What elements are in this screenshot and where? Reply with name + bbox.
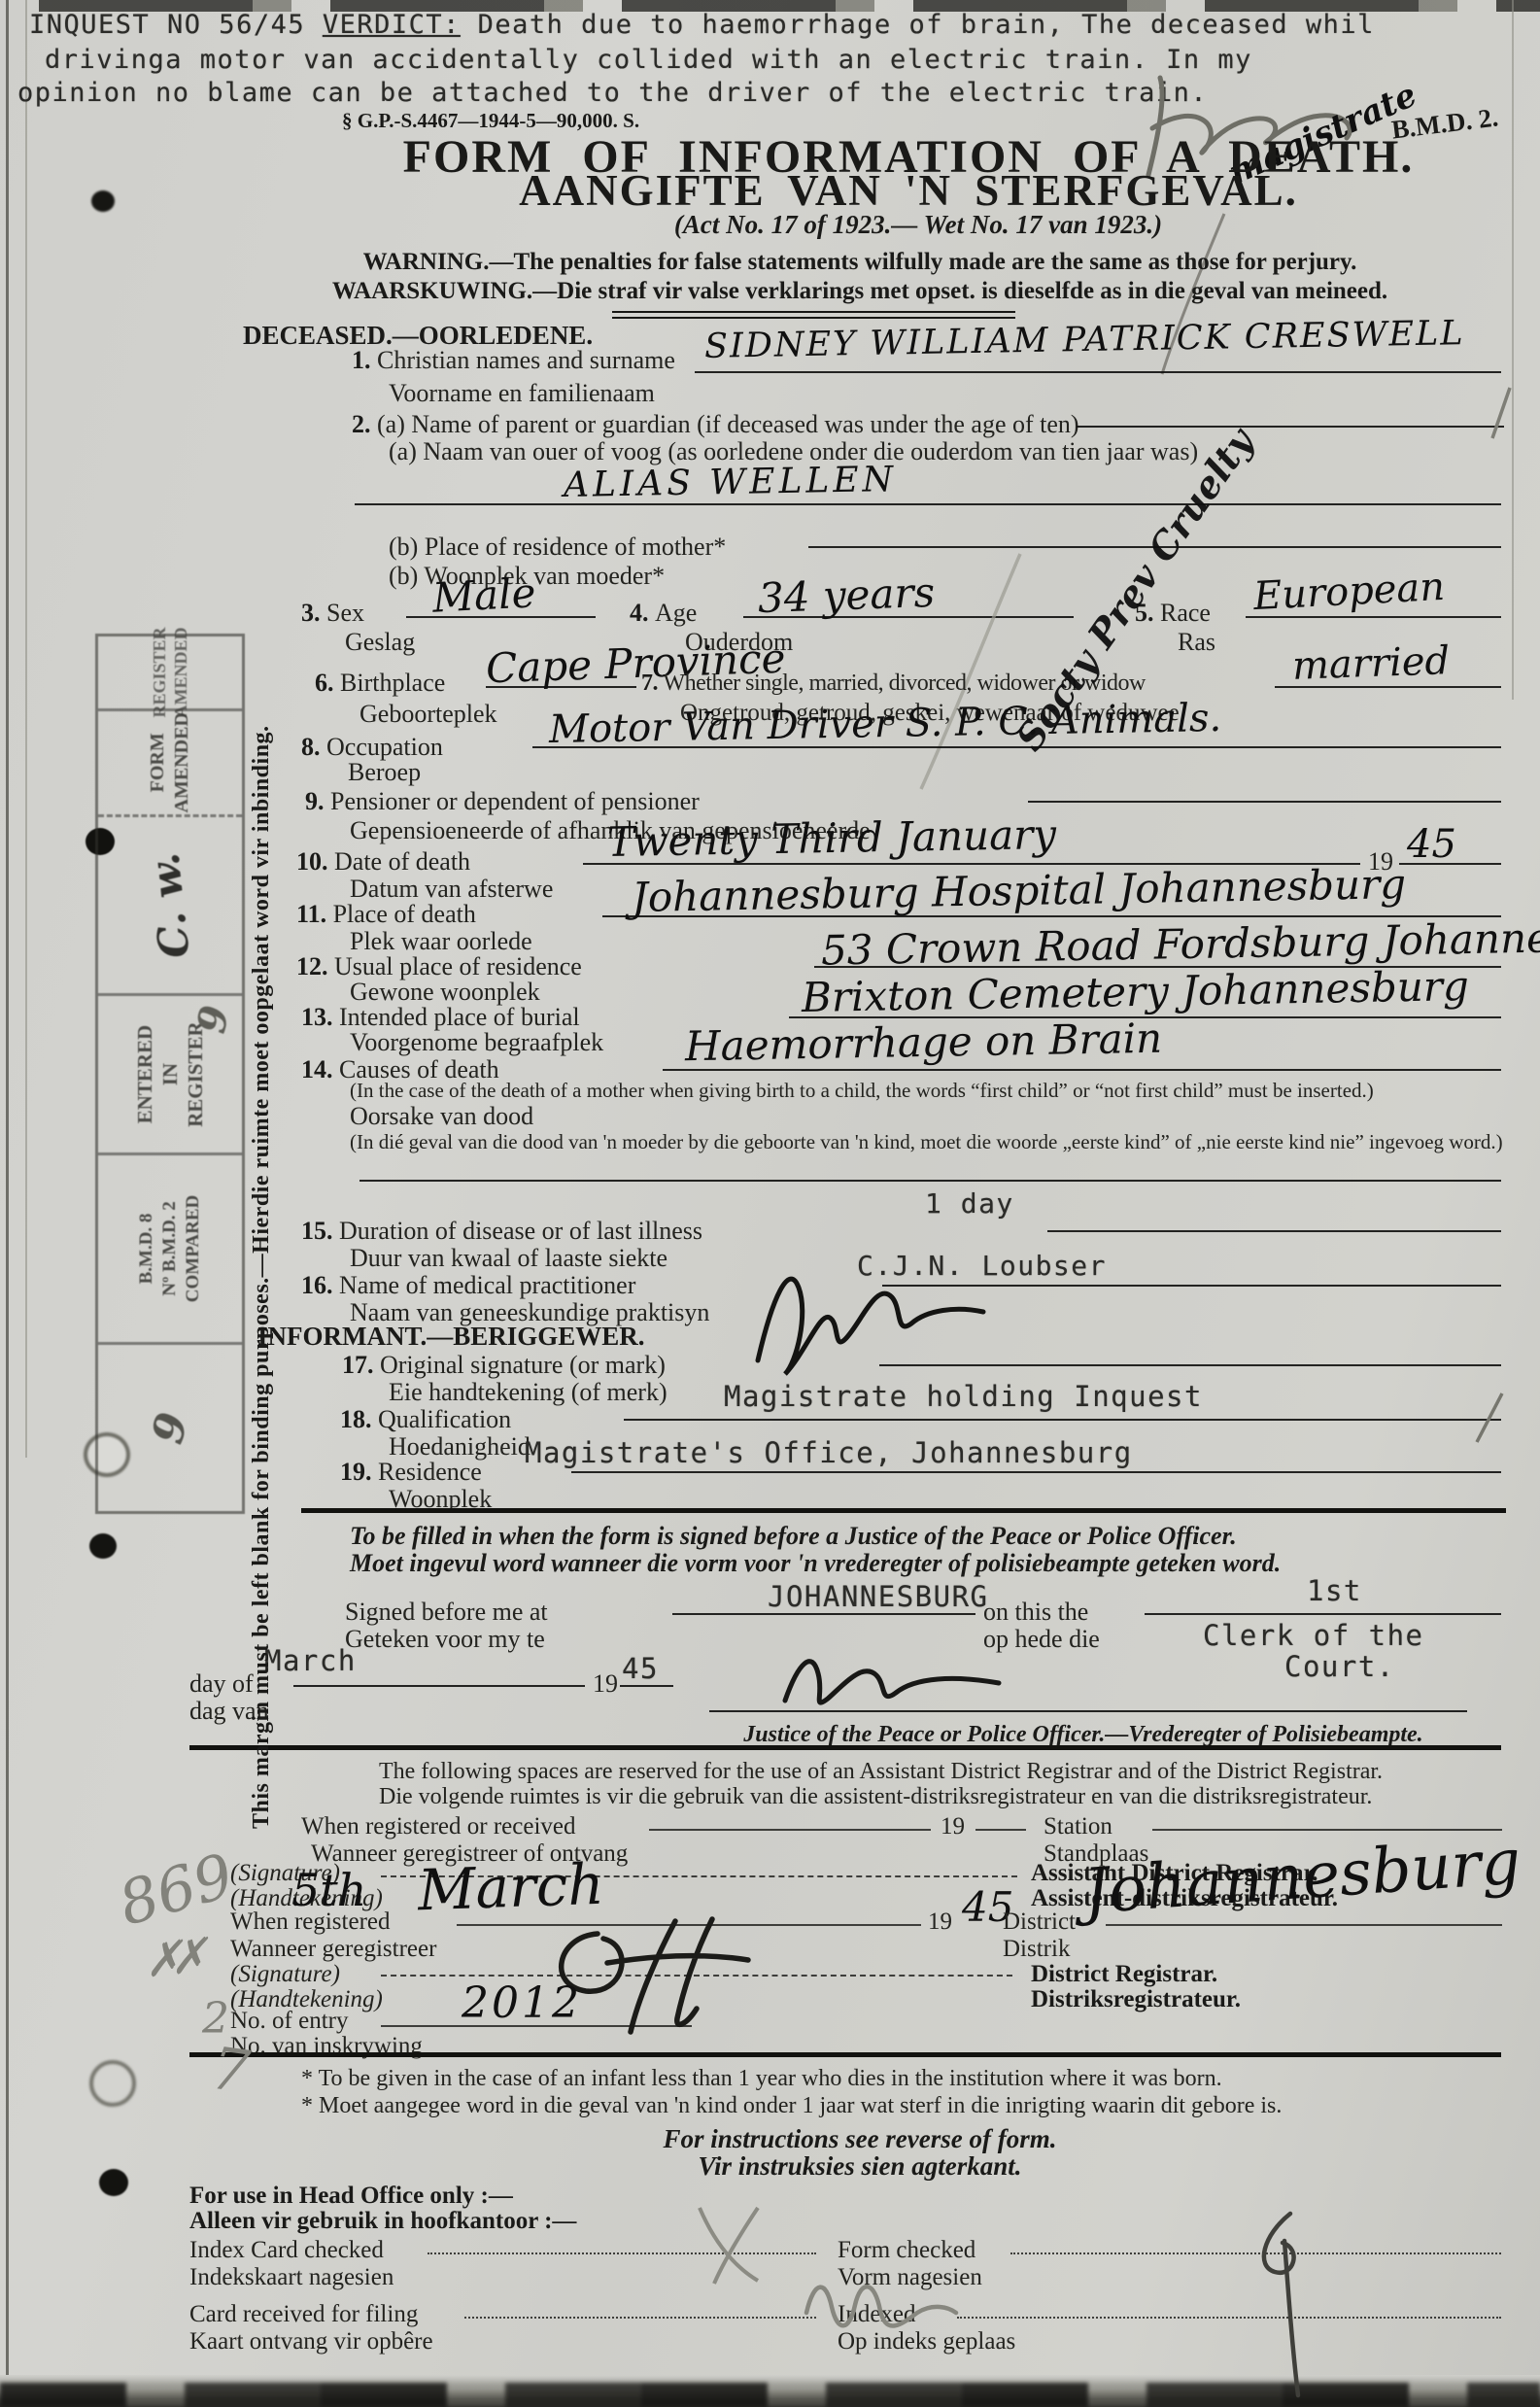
field9-line [1028,801,1501,803]
head-office-af: Alleen vir gebruik in hoofkantoor :— [189,2208,576,2235]
field9-label: 9. Pensioner or dependent of pensioner [305,787,700,816]
field14-note-en: (In the case of the death of a mother wh… [350,1079,1374,1103]
inquest-verdict-line2: drivinga motor van accidentally collided… [45,45,1252,75]
pencil-slash-mark [1469,1390,1508,1448]
jp-on-this-en: on this the [983,1598,1088,1627]
stamp-cell-form-amended: FORM AMENDED [98,708,242,814]
field10-year-line [1399,863,1501,865]
district-label-af: Distrik [1003,1936,1070,1963]
when-received-label: When registered or received [301,1813,575,1840]
verdict-label: VERDICT: [323,10,461,40]
jp-day-of-en: day of [189,1669,254,1699]
pencil-check-scrawl-1 [680,2198,806,2286]
field2b-label: (b) Place of residence of mother* [389,533,726,562]
when-received-year: 19 [941,1813,965,1840]
field13-label-af: Voorgenome begraafplek [350,1028,603,1057]
warning-af: WAARSKUWING.—Die straf vir valse verklar… [233,278,1487,305]
field1-label: 1. Christian names and surname [352,346,675,375]
check2-en: Form checked [838,2237,975,2264]
field14-value: Haemorrhage on Brain [685,1014,1163,1071]
field17-line [879,1364,1501,1366]
field16-label: 16. Name of medical practitioner [301,1271,635,1300]
district-label: District [1003,1908,1076,1936]
informant-signature-scrawl [719,1254,1030,1380]
jp-month-value: March [264,1644,357,1677]
check3-line [464,2317,816,2319]
warning-divider [612,311,1015,319]
field19-line [571,1471,1501,1473]
field18-label: 18. Qualification [340,1405,511,1434]
instructions-en: For instructions see reverse of form. [233,2124,1487,2154]
jp-signer-line1: Clerk of the [1203,1619,1424,1652]
stamp-cell-initials: C. w. [98,814,242,993]
signature2-line [381,1975,1012,1977]
district-line [1106,1924,1502,1926]
field15-line [1047,1230,1501,1232]
field18-value: Magistrate holding Inquest [724,1380,1203,1413]
when-received-year-line [975,1829,1026,1831]
punch-hole [99,2169,128,2196]
informant-heading: INFORMANT.—BERIGGEWER. [257,1322,645,1352]
jp-signed-before-en: Signed before me at [345,1598,548,1627]
field3-value: Male [431,568,537,621]
field10-value: Twenty Third January [607,810,1057,866]
act-reference: (Act No. 17 of 1923.— Wet No. 17 van 192… [291,210,1540,240]
footer-note-en: * To be given in the case of an infant l… [301,2066,1222,2092]
punch-hole [91,190,115,212]
form-title-af: AANGIFTE VAN 'N STERFGEVAL. [282,165,1535,216]
pencil-number-869: 869 [111,1840,241,1940]
field7-value: married [1291,638,1451,689]
registrar-note-en: The following spaces are reserved for th… [379,1759,1383,1785]
warning-en: WARNING.—The penalties for false stateme… [233,249,1487,276]
dr-label-af: Distriksregistrateur. [1031,1986,1241,2013]
pencil-cross-marks: ✗✗ [141,1929,197,1988]
field14-note-af: (In dié geval van die dood van 'n moeder… [350,1129,1506,1154]
field17-label-af: Eie handtekening (of merk) [389,1378,667,1407]
field1-line [695,371,1501,373]
stamp-pencil-mark: 9 [141,1407,200,1449]
check3-af: Kaart ontvang vir opbêre [189,2328,433,2355]
margin-binding-text: This margin must be left blank for bindi… [249,595,275,1829]
field14-line [663,1069,1501,1071]
field18-line [624,1419,1501,1421]
check3-en: Card received for filing [189,2301,418,2328]
when-received-line [649,1829,931,1831]
field2a-value: ALIAS WELLEN [564,460,898,505]
punch-hole-ring [89,2060,136,2107]
field19-label: 19. Residence [340,1458,482,1487]
field10-label: 10. Date of death [296,847,470,877]
section-rule [301,1508,1506,1513]
scanned-death-form-page: INQUEST NO 56/45 VERDICT: Death due to h… [0,0,1540,2407]
field14-label-af: Oorsake van dood [350,1102,533,1131]
field1-label-af: Voorname en familienaam [389,379,655,408]
scan-left-edge-line2 [25,0,27,1458]
jp-year-print: 19 [593,1669,618,1699]
field3-label-af: Geslag [345,628,415,657]
pencil-number-7: 7 [207,2035,254,2108]
jp-signed-before-af: Geteken voor my te [345,1625,545,1654]
inquest-verdict-line3: opinion no blame can be attached to the … [17,78,1208,108]
stamp-cell-entered-in-register: ENTERED IN REGISTER 9 [98,993,242,1152]
when-registered-year: 19 [928,1908,952,1936]
field11-value: Johannesburg Hospital Johannesburg [632,860,1407,921]
field8-label-af: Beroep [348,758,421,787]
scan-right-edge-line [1512,0,1514,700]
field15-label: 15. Duration of disease or of last illne… [301,1217,702,1246]
section-rule [189,2052,1501,2057]
stamp-cell-register-amended: REGISTER AMENDED [98,636,242,708]
jp-place-line [672,1613,975,1615]
field8-line [532,746,1501,748]
jp-note-af: Moet ingevul word wanneer die vorm voor … [350,1549,1281,1578]
head-office-en: For use in Head Office only :— [189,2183,513,2210]
jp-signer-line2: Court. [1284,1650,1395,1683]
field17-label: 17. Original signature (or mark) [342,1351,666,1380]
entry-value: 2012 [462,1978,582,2028]
jp-month-line [293,1685,585,1687]
signature2-label: (Signature) [230,1961,340,1988]
field5-value: European [1252,565,1446,619]
field15-label-af: Duur van kwaal of laaste siekte [350,1244,667,1273]
field5-line [1246,616,1501,618]
jp-place-value: JOHANNESBURG [768,1580,989,1613]
jp-day-value: 1st [1307,1574,1362,1607]
when-registered-label-af: Wanneer geregistreer [230,1936,436,1963]
jp-day-line [1145,1613,1501,1615]
field3-label: 3. Sex [301,599,364,628]
field6-line [486,686,636,688]
punch-hole [89,1533,117,1559]
entry-label: No. of entry [230,2008,349,2035]
dr-label: District Registrar. [1031,1961,1217,1988]
field1-value: SIDNEY WILLIAM PATRICK CRESWELL [704,314,1465,366]
pencil-check-scrawl-2 [797,2264,962,2342]
field6-label-af: Geboorteplek [359,700,497,729]
stamp-cell-inspected: 9 [98,1342,242,1511]
jp-signature-scrawl [768,1631,1020,1718]
field6-label: 6. Birthplace [315,669,445,698]
field19-value: Magistrate's Office, Johannesburg [525,1436,1133,1469]
jp-year-line [620,1685,673,1687]
inquest-verdict-line1: INQUEST NO 56/45 VERDICT: Death due to h… [29,10,1375,40]
check1-en: Index Card checked [189,2237,384,2264]
field5-label-af: Ras [1178,628,1215,657]
field4-label: 4. Age [630,599,697,628]
field8-value: Motor Van Driver S. P. C. Animals. [549,696,1222,752]
when-registered-day: 5th [291,1864,366,1916]
registrar-note-af: Die volgende ruimtes is vir die gebruik … [379,1784,1372,1810]
stamp-initials: C. w. [139,850,201,960]
jp-note-en: To be filled in when the form is signed … [350,1522,1237,1551]
check1-af: Indekskaart nagesien [189,2264,394,2291]
instructions-af: Vir instruksies sien agterkant. [233,2151,1487,2182]
footer-note-af: * Moet aangegee word in die geval van 'n… [301,2093,1282,2119]
field10-year-value: 45 [1407,822,1456,867]
field11-label: 11. Place of death [296,900,476,929]
field15-value: 1 day [925,1187,1014,1220]
spacer-line [359,1180,1501,1182]
entry-line [381,2025,692,2027]
inquest-number: INQUEST NO 56/45 [29,10,323,40]
jp-year-value: 45 [622,1652,659,1685]
field2a-value-line [355,503,1501,505]
field2a-line [1077,426,1504,428]
field3-line [406,616,596,618]
check4-line [957,2317,1501,2319]
section-rule [189,1745,1501,1750]
stamp-cell-bmd: B.M.D. 8 Nº B.M.D. 2 COMPARED [98,1152,242,1341]
field7-line [1275,686,1501,688]
jp-officer-caption: Justice of the Peace or Police Officer.—… [700,1722,1467,1748]
pencil-slash-mark [1487,384,1516,442]
field2a-label: 2. (a) Name of parent or guardian (if de… [352,410,1079,439]
ink-check-stroke [1234,2206,1321,2400]
jp-signature-line [709,1710,1467,1712]
office-stamp: 9 B.M.D. 8 Nº B.M.D. 2 COMPARED ENTERED … [95,634,245,1514]
station-label: Station [1044,1813,1112,1840]
scan-left-edge-line [6,0,9,2407]
